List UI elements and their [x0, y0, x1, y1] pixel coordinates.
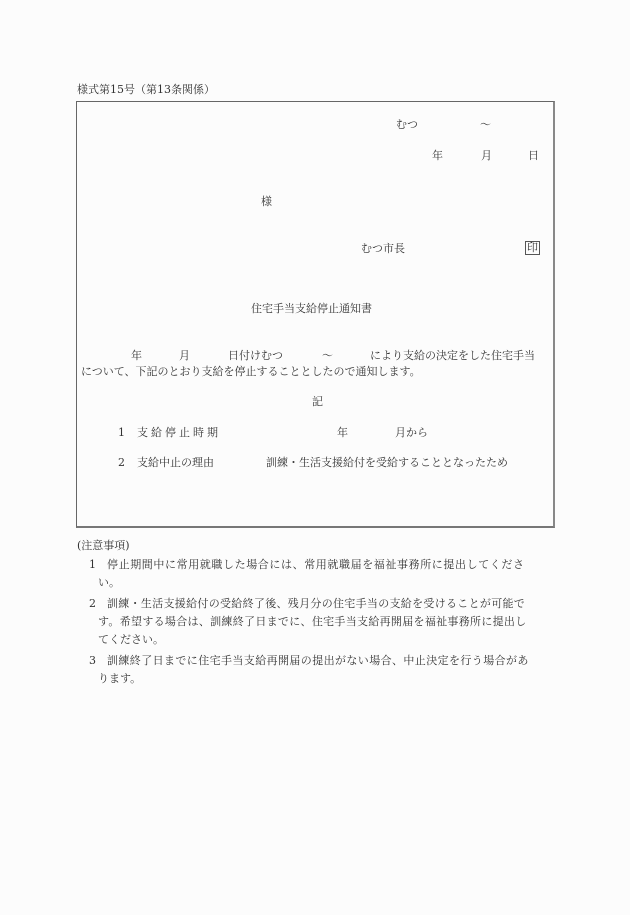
item-1-label: 支給停止時期: [137, 427, 221, 438]
document-title: 住宅手当支給停止通知書: [251, 303, 372, 314]
item-1-number: 1: [118, 427, 125, 438]
note-1-number: 1: [89, 559, 96, 570]
note-2-line3: てください。: [98, 634, 164, 645]
date-month: 月: [481, 150, 492, 161]
note-3-line2: ります。: [98, 673, 141, 684]
form-label: 様式第15号（第13条関係）: [77, 84, 215, 95]
body-year: 年: [131, 350, 142, 361]
body-month: 月: [179, 350, 190, 361]
body-line2: について、下記のとおり支給を停止することとしたので通知します。: [81, 366, 421, 377]
item-2-value: 訓練・生活支援給付を受給することとなったため: [266, 457, 508, 468]
issuer-name: むつ市長: [361, 243, 405, 254]
date-day: 日: [528, 150, 539, 161]
addressee-suffix: 様: [261, 196, 272, 207]
note-2-number: 2: [89, 598, 96, 609]
note-3-line1: 訓練終了日までに住宅手当支給再開届の提出がない場合、中止決定を行う場合があ: [107, 655, 529, 666]
body-tilde: 〜: [322, 350, 333, 361]
note-2-line2: す。希望する場合は、訓練終了日までに、住宅手当支給再開届を福祉事務所に提出し: [98, 616, 527, 627]
doc-number-tilde: 〜: [480, 119, 491, 130]
item-1-year: 年: [337, 427, 348, 438]
date-year: 年: [432, 150, 443, 161]
item-2-number: 2: [118, 457, 125, 468]
item-1-month: 月から: [395, 427, 428, 438]
note-3-number: 3: [89, 655, 96, 666]
notes-heading: (注意事項): [77, 540, 130, 551]
body-date-mutsu: 日付けむつ: [228, 350, 283, 361]
note-1-line1: 停止期間中に常用就職した場合には、常用就職届を福祉事務所に提出してくださ: [107, 559, 525, 570]
note-2-line1: 訓練・生活支援給付の受給終了後、残月分の住宅手当の支給を受けることが可能で: [107, 598, 525, 609]
note-1-line2: い。: [98, 577, 120, 588]
item-2-label: 支給中止の理由: [137, 457, 214, 468]
ki-heading: 記: [312, 396, 323, 407]
doc-number-prefix: むつ: [396, 119, 418, 130]
body-line1-rest: により支給の決定をした住宅手当: [370, 350, 535, 361]
seal-mark: 印: [525, 241, 540, 255]
